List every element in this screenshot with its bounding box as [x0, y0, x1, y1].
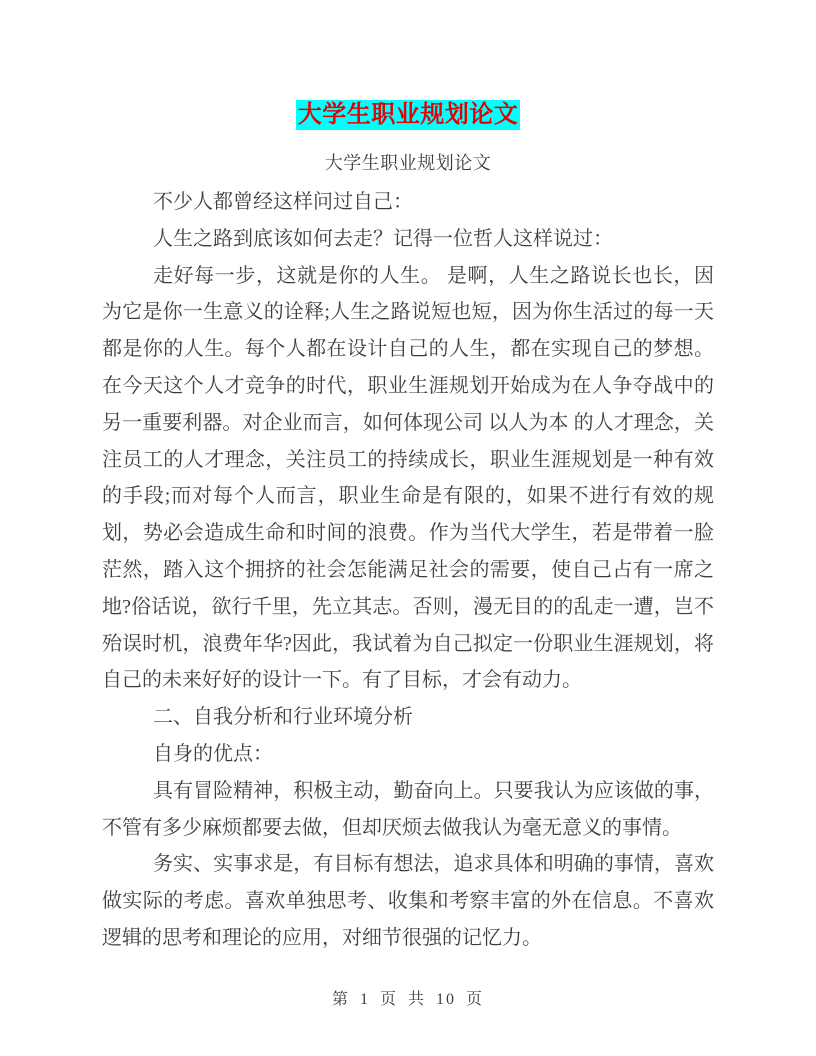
document-body: 不少人都曾经这样问过自己：人生之路到底该如何去走？记得一位哲人这样说过：走好每一…: [102, 184, 714, 957]
page-title: 大学生职业规划论文: [296, 100, 521, 130]
document-subtitle: 大学生职业规划论文: [0, 149, 816, 175]
paragraph: 具有冒险精神，积极主动，勤奋向上。只要我认为应该做的事，不管有多少麻烦都要去做，…: [102, 773, 714, 847]
paragraph: 务实、实事求是，有目标有想法，追求具体和明确的事情，喜欢做实际的考虑。喜欢单独思…: [102, 846, 714, 956]
paragraph: 自身的优点：: [102, 736, 714, 773]
paragraph: 走好每一步，这就是你的人生。 是啊，人生之路说长也长，因为它是你一生意义的诠释;…: [102, 258, 714, 700]
title-row: 大学生职业规划论文: [0, 93, 816, 130]
paragraph: 二、自我分析和行业环境分析: [102, 699, 714, 736]
page-footer: 第 1 页 共 10 页: [0, 986, 816, 1009]
paragraph: 人生之路到底该如何去走？记得一位哲人这样说过：: [102, 221, 714, 258]
paragraph: 不少人都曾经这样问过自己：: [102, 184, 714, 221]
document-page: 大学生职业规划论文 大学生职业规划论文 不少人都曾经这样问过自己：人生之路到底该…: [0, 0, 816, 1056]
